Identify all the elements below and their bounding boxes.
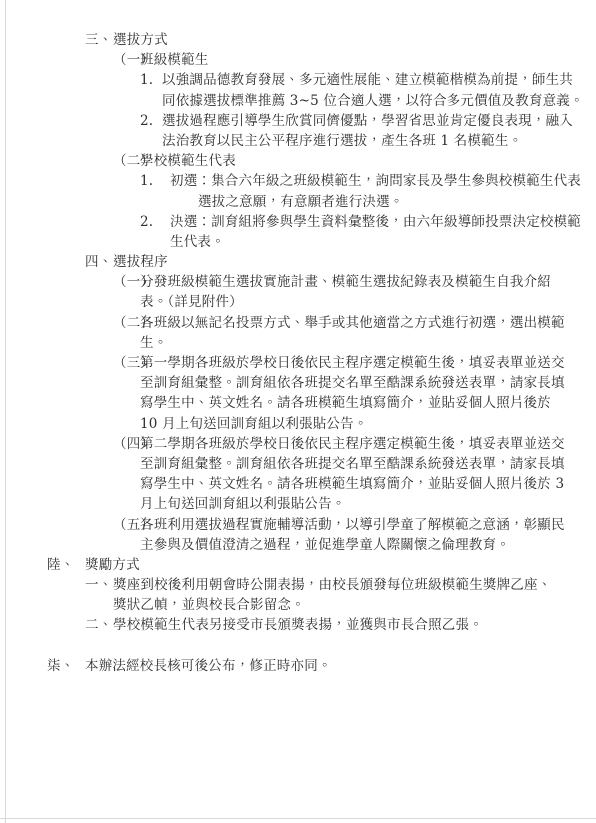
line-text: 10 月上旬送回訓育組以利張貼公告。 [140,416,368,432]
document-line: 獎狀乙幀，並與校長合影留念。 [0,595,596,615]
line-number-label: 三、 [85,30,113,50]
line-number-label: 柒、 [47,656,85,676]
line-text: 主參與及價值澄清之過程，並促進學童人際關懷之倫理教育。 [140,537,510,553]
document-line: 選拔之意願，有意願者進行決選。 [0,192,596,212]
line-number-label: （二） [113,151,140,171]
document-line: 四、選拔程序 [0,252,596,272]
line-text: 寫學生中、英文姓名。請各班模範生填寫簡介，並貼妥個人照片後於 3 [140,476,564,492]
document-line: 主參與及價值澄清之過程，並促進學童人際關懷之倫理教育。 [0,535,596,555]
line-text: 分發班級模範生選拔實施計畫、模範生選拔紀錄表及模範生自我介紹 [140,274,551,290]
document-body-text: 三、選拔方式（一）班級模範生1.以強調品德教育發展、多元適性展能、建立模範楷模為… [0,30,596,676]
line-text: 至訓育組彙整。訓育組依各班提交名單至酷課系統發送表單，請家長填 [140,456,565,472]
line-number-label: （四） [113,434,140,454]
document-viewport: { "page": { "background": "#ffffff", "te… [0,0,596,823]
line-number-label: 二、 [85,615,113,635]
page-edge-bottom-line [0,818,596,819]
document-line: （一）班級模範生 [0,50,596,70]
line-number-label: 1. [140,70,162,90]
line-text: 選拔之意願，有意願者進行決選。 [198,194,404,210]
document-line: （二）學校模範生代表 [0,151,596,171]
line-text: 各班級以無記名投票方式、舉手或其他適當之方式進行初選，選出模範 [140,315,565,331]
document-line: 10 月上旬送回訓育組以利張貼公告。 [0,414,596,434]
document-line: 二、學校模範生代表另接受市長頒獎表揚，並獲與市長合照乙張。 [0,615,596,635]
line-text: 學校模範生代表 [140,153,236,169]
line-text: 選拔過程應引導學生欣賞同儕優點，學習省思並肯定優良表現，融入 [162,113,573,129]
line-text: 第一學期各班級於學校日後依民主程序選定模範生後，填妥表單並送交 [140,355,565,371]
document-line: 至訓育組彙整。訓育組依各班提交名單至酷課系統發送表單，請家長填 [0,454,596,474]
document-line: 陸、獎勵方式 [0,555,596,575]
line-text: 決選：訓育組將參與學生資料彙整後，由六年級導師投票決定校模範 [170,214,581,230]
line-text: 表。（詳見附件） [140,294,243,310]
line-number-label: （三） [113,353,140,373]
line-number-label: 四、 [85,252,113,272]
document-line: 同依據選拔標準推薦 3~5 位合適人選，以符合多元價值及教育意義。 [0,91,596,111]
line-number-label: （二） [113,313,140,333]
line-text: 生代表。 [170,234,225,250]
document-line: （三）第一學期各班級於學校日後依民主程序選定模範生後，填妥表單並送交 [0,353,596,373]
line-text: 獎狀乙幀，並與校長合影留念。 [113,597,305,613]
line-text: 班級模範生 [140,52,209,68]
document-line: 生代表。 [0,232,596,252]
line-text: 選拔程序 [113,254,168,270]
line-text: 月上旬送回訓育組以利張貼公告。 [140,496,346,512]
line-number-label: 2. [140,212,170,232]
line-text: 各班利用選拔過程實施輔導活動，以導引學童了解模範之意涵，彰顯民 [140,517,565,533]
document-line: 1.初選：集合六年級之班級模範生，詢問家長及學生參與校模範生代表 [0,171,596,191]
document-line: 月上旬送回訓育組以利張貼公告。 [0,494,596,514]
line-text: 寫學生中、英文姓名。請各班模範生填寫簡介，並貼妥個人照片後於 [140,395,551,411]
line-number-label: （一） [113,50,140,70]
document-line: （五）各班利用選拔過程實施輔導活動，以導引學童了解模範之意涵，彰顯民 [0,515,596,535]
line-text: 獎勵方式 [85,557,140,573]
line-number-label: 一、 [85,575,113,595]
document-line: （二）各班級以無記名投票方式、舉手或其他適當之方式進行初選，選出模範 [0,313,596,333]
line-text: 以強調品德教育發展、多元適性展能、建立模範楷模為前提，師生共 [162,72,573,88]
line-text: 獎座到校後利用朝會時公開表揚，由校長頒發每位班級模範生獎牌乙座、 [113,577,551,593]
document-line: 寫學生中、英文姓名。請各班模範生填寫簡介，並貼妥個人照片後於 [0,393,596,413]
document-line: 2.決選：訓育組將參與學生資料彙整後，由六年級導師投票決定校模範 [0,212,596,232]
document-line: （四）第二學期各班級於學校日後依民主程序選定模範生後，填妥表單並送交 [0,434,596,454]
document-line: （一）分發班級模範生選拔實施計畫、模範生選拔紀錄表及模範生自我介紹 [0,272,596,292]
document-line: 三、選拔方式 [0,30,596,50]
document-line: 至訓育組彙整。訓育組依各班提交名單至酷課系統發送表單，請家長填 [0,373,596,393]
line-number-label: （五） [113,515,140,535]
document-line: 生。 [0,333,596,353]
document-page: 三、選拔方式（一）班級模範生1.以強調品德教育發展、多元適性展能、建立模範楷模為… [0,0,596,823]
line-text: 初選：集合六年級之班級模範生，詢問家長及學生參與校模範生代表 [170,173,581,189]
line-text: 法治教育以民主公平程序進行選拔，產生各班 1 名模範生。 [162,133,522,149]
line-number-label: 2. [140,111,162,131]
line-text: 同依據選拔標準推薦 3~5 位合適人選，以符合多元價值及教育意義。 [162,93,584,109]
document-line: 柒、本辦法經校長核可後公布，修正時亦同。 [0,656,596,676]
line-number-label: （一） [113,272,140,292]
line-text: 生。 [140,335,167,351]
document-line: 1.以強調品德教育發展、多元適性展能、建立模範楷模為前提，師生共 [0,70,596,90]
document-line: 寫學生中、英文姓名。請各班模範生填寫簡介，並貼妥個人照片後於 3 [0,474,596,494]
document-line: 一、獎座到校後利用朝會時公開表揚，由校長頒發每位班級模範生獎牌乙座、 [0,575,596,595]
document-line: 2.選拔過程應引導學生欣賞同儕優點，學習省思並肯定優良表現，融入 [0,111,596,131]
line-text: 本辦法經校長核可後公布，修正時亦同。 [85,658,332,674]
line-number-label: 1. [140,171,170,191]
line-text: 學校模範生代表另接受市長頒獎表揚，並獲與市長合照乙張。 [113,617,483,633]
line-text: 至訓育組彙整。訓育組依各班提交名單至酷課系統發送表單，請家長填 [140,375,565,391]
line-text: 第二學期各班級於學校日後依民主程序選定模範生後，填妥表單並送交 [140,436,565,452]
line-number-label: 陸、 [47,555,85,575]
document-line: 法治教育以民主公平程序進行選拔，產生各班 1 名模範生。 [0,131,596,151]
document-line: 表。（詳見附件） [0,292,596,312]
line-text: 選拔方式 [113,32,168,48]
blank-line [0,636,596,656]
